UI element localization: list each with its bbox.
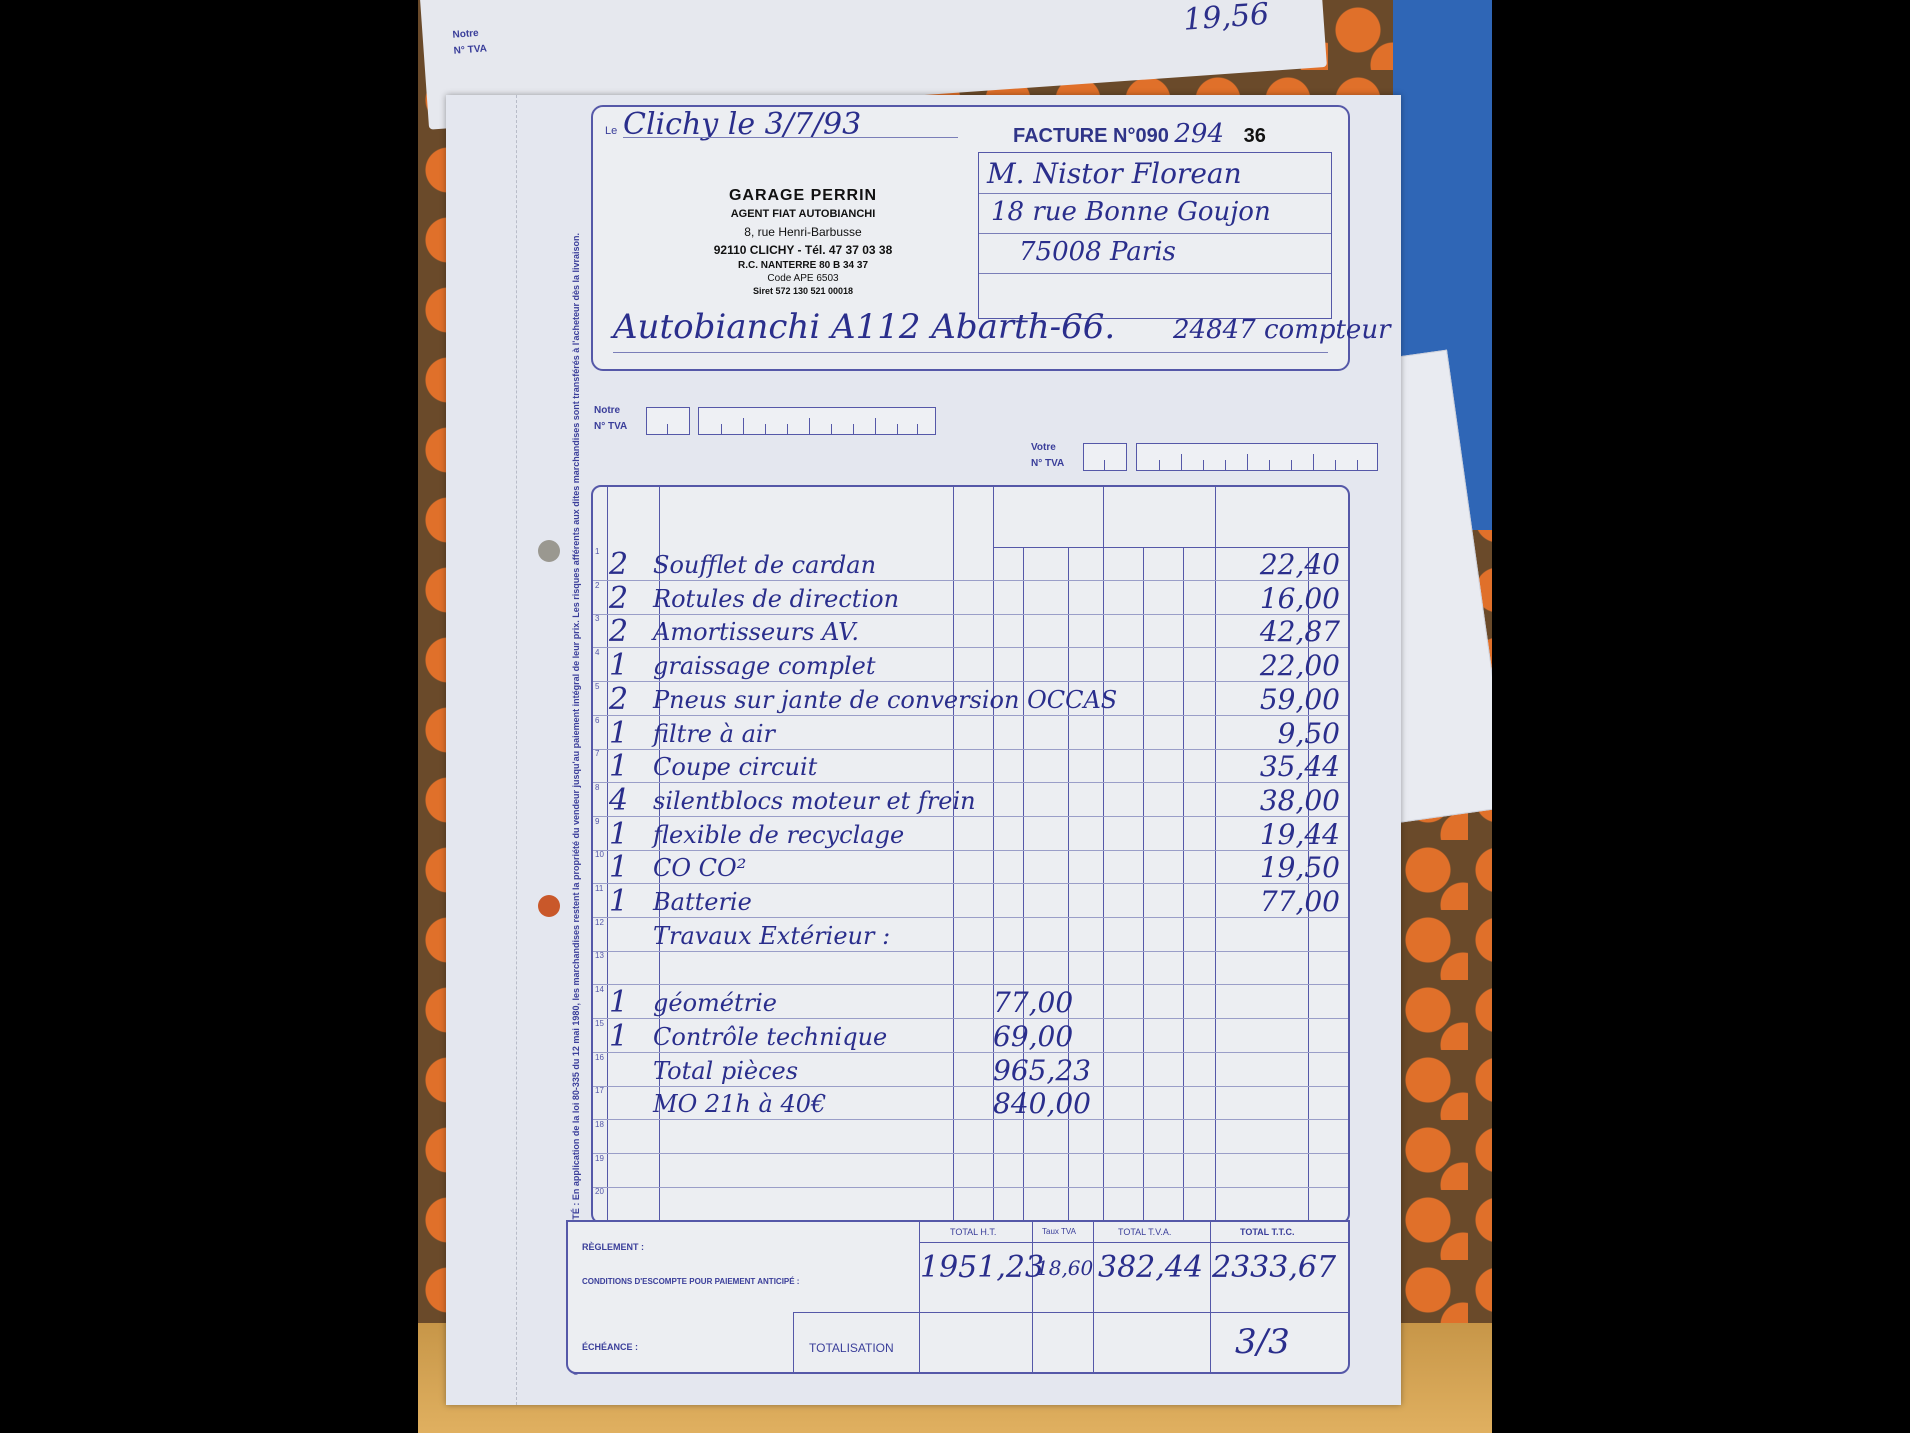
- row-number: 2: [595, 581, 599, 590]
- col-total-tva: TOTAL T.V.A.: [1118, 1227, 1171, 1237]
- item-description: Soufflet de cardan: [653, 547, 876, 583]
- row-number: 7: [595, 749, 599, 758]
- row-number: 10: [595, 850, 604, 859]
- table-row: 22Rotules de direction16,00: [593, 581, 1348, 617]
- item-subtotal: 77,00: [993, 985, 1073, 1021]
- row-number: 11: [595, 884, 603, 893]
- your-tva-label: Votre N° TVA: [1031, 440, 1064, 472]
- table-row: 17MO 21h à 40€840,00: [593, 1086, 1348, 1122]
- table-row: 71Coupe circuit35,44: [593, 749, 1348, 785]
- item-description: MO 21h à 40€: [653, 1086, 826, 1122]
- item-quantity: 1: [609, 716, 628, 752]
- col-total-ttc: TOTAL T.T.C.: [1240, 1227, 1295, 1237]
- date-prefix: Le: [605, 125, 617, 137]
- your-tva-key-box: [1083, 443, 1127, 471]
- item-description: Contrôle technique: [653, 1019, 887, 1055]
- item-quantity: 1: [609, 1019, 628, 1055]
- table-row: 151Contrôle technique69,00: [593, 1019, 1348, 1055]
- table-row: 141géométrie77,00: [593, 985, 1348, 1021]
- item-quantity: 1: [609, 648, 628, 684]
- row-number: 1: [595, 547, 599, 556]
- table-row: 12Travaux Extérieur :: [593, 918, 1348, 954]
- table-row: 101CO CO²19,50: [593, 850, 1348, 886]
- binder-hole: [538, 895, 560, 917]
- table-row: 41graissage complet22,00: [593, 648, 1348, 684]
- row-number: 14: [595, 985, 604, 994]
- item-quantity: 2: [609, 614, 628, 650]
- item-quantity: 1: [609, 749, 628, 785]
- row-number: 3: [595, 614, 599, 623]
- our-tva-number-box: [698, 407, 936, 435]
- row-number: 19: [595, 1154, 604, 1163]
- perforation-line: [516, 95, 517, 1405]
- item-description: silentblocs moteur et frein: [653, 783, 976, 819]
- taux-tva-value: 18,60: [1036, 1256, 1093, 1280]
- item-subtotal: 69,00: [993, 1019, 1073, 1055]
- total-ttc-value: 2333,67: [1212, 1250, 1336, 1285]
- item-description: Amortisseurs AV.: [653, 614, 859, 650]
- item-description: CO CO²: [653, 850, 746, 886]
- item-amount: 9,50: [1278, 716, 1340, 752]
- row-number: 18: [595, 1120, 604, 1129]
- item-quantity: 2: [609, 682, 628, 718]
- row-number: 6: [595, 716, 599, 725]
- top-sheet-tva-label: Notre N° TVA: [452, 25, 487, 59]
- your-tva-number-box: [1136, 443, 1378, 471]
- table-row: 84silentblocs moteur et frein38,00: [593, 783, 1348, 819]
- customer-city: 75008 Paris: [1019, 237, 1176, 267]
- item-quantity: 4: [609, 783, 628, 819]
- table-row: 52Pneus sur jante de conversion OCCAS59,…: [593, 682, 1348, 718]
- row-number: 20: [595, 1187, 604, 1196]
- item-description: flexible de recyclage: [653, 817, 904, 853]
- item-description: filtre à air: [653, 716, 775, 752]
- our-tva-key-box: [646, 407, 690, 435]
- table-row: 18: [593, 1120, 1348, 1156]
- item-subtotal: 840,00: [993, 1086, 1091, 1122]
- row-number: 12: [595, 918, 604, 927]
- our-tva-label: Notre N° TVA: [594, 403, 627, 435]
- row-number: 9: [595, 817, 599, 826]
- item-amount: 59,00: [1260, 682, 1340, 718]
- item-amount: 22,00: [1260, 648, 1340, 684]
- item-amount: 16,00: [1260, 581, 1340, 617]
- totals-grid: TOTAL H.T. Taux TVA TOTAL T.V.A. TOTAL T…: [919, 1222, 1348, 1372]
- item-description: géométrie: [653, 985, 777, 1021]
- item-description: Coupe circuit: [653, 749, 817, 785]
- col-total-ht: TOTAL H.T.: [950, 1227, 996, 1237]
- customer-street: 18 rue Bonne Goujon: [991, 197, 1271, 227]
- vehicle-description: Autobianchi A112 Abarth-66.: [613, 307, 1115, 347]
- item-quantity: 2: [609, 581, 628, 617]
- reservation-clause: CLAUSE DE RÉSERVE DE PROPRIÉTÉ : En appl…: [571, 195, 581, 1375]
- invoice-header: Le Clichy le 3/7/93 FACTURE N°090 294 36…: [591, 105, 1350, 371]
- item-quantity: 2: [609, 547, 628, 583]
- item-quantity: 1: [609, 884, 628, 920]
- item-description: Total pièces: [653, 1053, 798, 1089]
- company-block: GARAGE PERRIN AGENT FIAT AUTOBIANCHI 8, …: [653, 187, 953, 298]
- top-sheet-amount: 19,56: [1182, 0, 1270, 38]
- row-number: 8: [595, 783, 599, 792]
- customer-name: M. Nistor Florean: [987, 157, 1242, 190]
- item-amount: 35,44: [1260, 749, 1340, 785]
- row-number: 17: [595, 1086, 604, 1095]
- item-quantity: 1: [609, 817, 628, 853]
- totalisation-label: TOTALISATION: [809, 1341, 894, 1355]
- table-row: 12Soufflet de cardan22,40: [593, 547, 1348, 583]
- page-number: 3/3: [1235, 1322, 1290, 1362]
- table-row: 111Batterie77,00: [593, 884, 1348, 920]
- item-description: Pneus sur jante de conversion OCCAS: [653, 682, 1117, 718]
- item-quantity: 1: [609, 850, 628, 886]
- item-amount: 22,40: [1260, 547, 1340, 583]
- table-row: 20: [593, 1187, 1348, 1223]
- line-items-table: 12Soufflet de cardan22,4022Rotules de di…: [591, 485, 1350, 1224]
- invoice-number: FACTURE N°090 294 36: [1013, 119, 1266, 149]
- invoice-sheet: CLAUSE DE RÉSERVE DE PROPRIÉTÉ : En appl…: [446, 95, 1401, 1405]
- table-row: 91flexible de recyclage19,44: [593, 817, 1348, 853]
- customer-address-box: M. Nistor Florean 18 rue Bonne Goujon 75…: [978, 152, 1332, 319]
- total-tva-value: 382,44: [1098, 1250, 1203, 1285]
- item-amount: 42,87: [1260, 614, 1340, 650]
- item-subtotal: 965,23: [993, 1053, 1091, 1089]
- item-amount: 19,44: [1260, 817, 1340, 853]
- item-description: Travaux Extérieur :: [653, 918, 890, 954]
- document-photo: Notre N° TVA 56,00 13,78 19,56 00 76 64 …: [418, 0, 1492, 1433]
- item-amount: 38,00: [1260, 783, 1340, 819]
- item-quantity: 1: [609, 985, 628, 1021]
- item-description: Rotules de direction: [653, 581, 899, 617]
- conditions-label: CONDITIONS D'ESCOMPTE POUR PAIEMENT ANTI…: [582, 1277, 799, 1286]
- table-row: 13: [593, 951, 1348, 987]
- item-description: Batterie: [653, 884, 752, 920]
- item-description: graissage complet: [653, 648, 876, 684]
- totals-footer: RÈGLEMENT : CONDITIONS D'ESCOMPTE POUR P…: [566, 1220, 1350, 1374]
- row-number: 15: [595, 1019, 604, 1028]
- company-name: GARAGE PERRIN: [653, 187, 953, 205]
- col-taux-tva: Taux TVA: [1042, 1227, 1076, 1236]
- item-amount: 19,50: [1260, 850, 1340, 886]
- binder-hole: [538, 540, 560, 562]
- row-number: 4: [595, 648, 599, 657]
- table-row: 32Amortisseurs AV.42,87: [593, 614, 1348, 650]
- total-ht-value: 1951,23: [920, 1250, 1044, 1285]
- row-number: 5: [595, 682, 599, 691]
- row-number: 16: [595, 1053, 604, 1062]
- table-row: 16Total pièces965,23: [593, 1053, 1348, 1089]
- item-amount: 77,00: [1260, 884, 1340, 920]
- reglement-label: RÈGLEMENT :: [582, 1242, 644, 1252]
- table-row: 19: [593, 1154, 1348, 1190]
- echeance-label: ÉCHÉANCE :: [582, 1342, 638, 1352]
- row-number: 13: [595, 951, 604, 960]
- table-row: 61filtre à air9,50: [593, 716, 1348, 752]
- mileage: 24847 compteur: [1173, 315, 1391, 345]
